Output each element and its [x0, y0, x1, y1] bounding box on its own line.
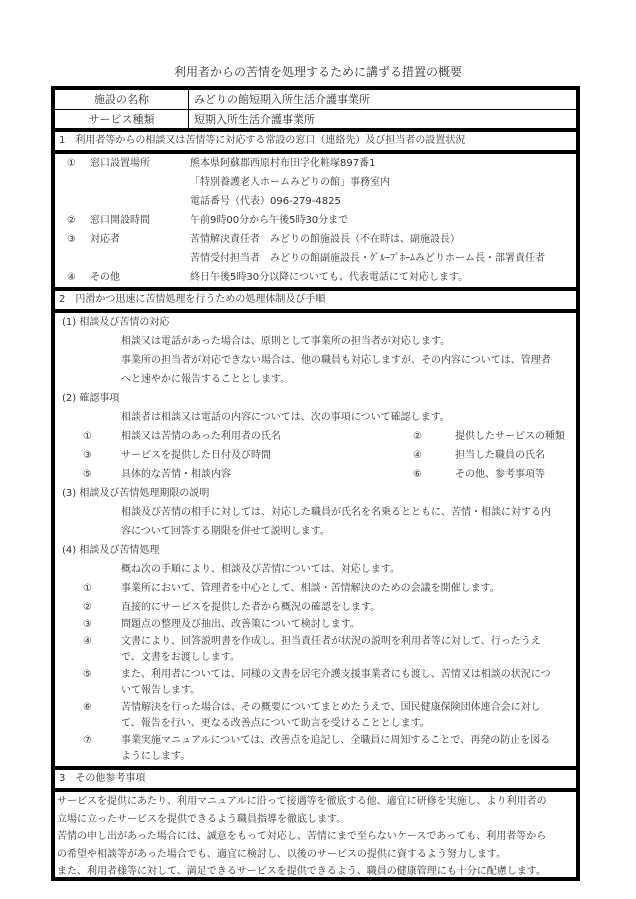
check-item: 具体的な苦情・相談内容 — [121, 465, 231, 484]
item-number: ④ — [83, 634, 92, 651]
phone-text: 電話番号（代表）096-279-4825 — [190, 192, 341, 211]
sub1-line: へと速やかに報告することとします。 — [55, 370, 576, 389]
other-row: ④ その他 終日午後5時30分以降についても、代表電話にて対応します。 — [55, 268, 576, 287]
sub2-title-row: (2) 確認事項 — [55, 389, 576, 408]
facility-name-row: 施設の名称 みどりの館短期入所生活介護事業所 — [55, 90, 576, 109]
step-text: 事業所において、管理者を中心として、相談・苦情解決のための会議を開催します。 — [121, 579, 500, 598]
contact-location-row: ① 窓口設置場所 熊本県阿蘇郡西原村布田字化粧塚897番1 — [55, 154, 576, 173]
item-number: ⑦ — [83, 733, 92, 750]
sub3-line: 相談及び苦情の相手に対しては、対応した職員が氏名を名乗るとともに、苦情・相談に対… — [55, 503, 576, 522]
item-number: ⑥ — [413, 465, 422, 484]
step-text: 事業実施マニュアルについては、改善点を追記し、全職員に周知することで、再発の防止… — [121, 733, 550, 750]
item-label: その他 — [90, 268, 120, 287]
section-3: 3 その他参考事項 サービスを提供にあたり、利用マニュアルに沿って接遇等を徹底す… — [51, 766, 580, 881]
procedure-step-cont: ようにします。 — [55, 749, 576, 766]
step-text: て、報告を行い、更なる改善点について助言を受けることとします。 — [121, 716, 430, 733]
item-number: ② — [413, 427, 422, 446]
check-item: サービスを提供した日付及び時間 — [121, 446, 271, 465]
paragraph-line: 概ね次の手順により、相談及び苦情については、対応します。 — [121, 560, 400, 579]
contact-location-row-2: 「特別養護老人ホームみどりの館」事務室内 — [55, 173, 576, 192]
item-label: 窓口開設時間 — [90, 211, 150, 230]
sub1-title: (1) 相談及び苦情の対応 — [62, 313, 169, 332]
item-label: 対応者 — [90, 230, 120, 249]
paragraph-line: の希望や相談等があった場合でも、適宜に検討し、以後のサービスの提供に資するよう努… — [57, 846, 574, 864]
paragraph-line: 相談及び苦情の相手に対しては、対応した職員が氏名を名乗るとともに、苦情・相談に対… — [121, 503, 551, 522]
item-label: 窓口設置場所 — [90, 154, 150, 173]
paragraph-line: また、利用者様等に対して、満足できるサービスを提供できるよう、職員の健康管理にも… — [57, 863, 574, 881]
service-type-value: 短期入所生活介護事業所 — [189, 110, 576, 129]
paragraph-line: 苦情の申し出があった場合には、誠意をもって対応し、苦情にまで至らないケースであっ… — [57, 828, 574, 846]
item-number: ① — [83, 427, 92, 446]
procedure-step: ②直接的にサービスを提供した者から概況の確認をします。 — [55, 598, 576, 617]
paragraph-line: サービスを提供にあたり、利用マニュアルに沿って接遇等を徹底する他、適宜に研修を実… — [57, 793, 574, 811]
sub1-line: 事業所の担当者が対応できない場合は、他の職員も対応しますが、その内容については、… — [55, 351, 576, 370]
receiver-text: 苦情受付担当者 みどりの館副施設長・ｸﾞﾙｰﾌﾟﾎｰﾑみどりホーム長・部署責任者 — [190, 249, 545, 268]
section-1: 1 利用者等からの相談又は苦情等に対応する常設の窓口（連絡先）及び担当者の設置状… — [51, 128, 580, 294]
step-text: いて報告します。 — [121, 683, 200, 700]
item-number: ⑤ — [83, 667, 92, 684]
paragraph-line: 事業所の担当者が対応できない場合は、他の職員も対応しますが、その内容については、… — [121, 351, 551, 370]
hours-text: 午前9時00分から午後5時30分まで — [190, 211, 348, 230]
document-title: 利用者からの苦情を処理するために講ずる措置の概要 — [0, 63, 636, 80]
sub1-line: 相談又は電話があった場合は、原則として事業所の担当者が対応します。 — [55, 332, 576, 351]
step-text: ようにします。 — [121, 749, 190, 766]
facility-name-value: みどりの館短期入所生活介護事業所 — [189, 90, 576, 109]
facility-name-label: 施設の名称 — [55, 90, 189, 109]
responder-text: 苦情解決責任者 みどりの館施設長（不在時は、副施設長） — [190, 230, 460, 249]
sub3-title: (3) 相談及び苦情処理期限の説明 — [62, 484, 209, 503]
facility-info-table: 施設の名称 みどりの館短期入所生活介護事業所 サービス種類 短期入所生活介護事業… — [51, 86, 580, 133]
section-1-heading: 1 利用者等からの相談又は苦情等に対応する常設の窓口（連絡先）及び担当者の設置状… — [55, 132, 576, 154]
contact-location-row-3: 電話番号（代表）096-279-4825 — [55, 192, 576, 211]
sub4-title-row: (4) 相談及び苦情処理 — [55, 541, 576, 560]
item-number: ③ — [83, 446, 92, 465]
step-text: また、利用者については、同様の文書を居宅介護支援事業者にも渡し、苦情又は相談の状… — [121, 667, 551, 684]
service-type-row: サービス種類 短期入所生活介護事業所 — [55, 109, 576, 129]
item-number: ② — [83, 598, 92, 617]
item-number: ③ — [83, 617, 92, 634]
procedure-step: ①事業所において、管理者を中心として、相談・苦情解決のための会議を開催します。 — [55, 579, 576, 598]
sub2-intro-row: 相談者は相談又は電話の内容については、次の事項について確認します。 — [55, 408, 576, 427]
section-3-body: サービスを提供にあたり、利用マニュアルに沿って接遇等を徹底する他、適宜に研修を実… — [55, 792, 576, 881]
item-number: ⑥ — [83, 700, 92, 717]
item-number: ② — [67, 211, 76, 230]
step-text: 文書により、回答説明書を作成し、担当責任者が状況の説明を利用者等に対して、行った… — [121, 634, 541, 651]
paragraph-line: 相談者は相談又は電話の内容については、次の事項について確認します。 — [121, 408, 450, 427]
section-2: 2 円滑かつ迅速に苦情処理を行うための処理体制及び手順 (1) 相談及び苦情の対… — [51, 287, 580, 773]
sub2-title: (2) 確認事項 — [62, 389, 119, 408]
procedure-step: ④文書により、回答説明書を作成し、担当責任者が状況の説明を利用者等に対して、行っ… — [55, 634, 576, 651]
check-item-row: ① 相談又は苦情のあった利用者の氏名 ② 提供したサービスの種類 — [55, 427, 576, 446]
check-item: 提供したサービスの種類 — [455, 427, 565, 446]
sub3-title-row: (3) 相談及び苦情処理期限の説明 — [55, 484, 576, 503]
check-item-row: ⑤ 具体的な苦情・相談内容 ⑥ その他、参考事項等 — [55, 465, 576, 484]
section-2-heading: 2 円滑かつ迅速に苦情処理を行うための処理体制及び手順 — [55, 291, 576, 313]
step-text: 問題点の整理及び抽出、改善策について検討します。 — [121, 617, 360, 634]
check-item: 相談又は苦情のあった利用者の氏名 — [121, 427, 281, 446]
step-text: 苦情解決を行った場合は、その概要についてまとめたうえで、国民健康保険団体連合会に… — [121, 700, 541, 717]
check-item: 担当した職員の氏名 — [455, 446, 545, 465]
check-item-row: ③ サービスを提供した日付及び時間 ④ 担当した職員の氏名 — [55, 446, 576, 465]
item-number: ④ — [67, 268, 76, 287]
item-number: ⑤ — [83, 465, 92, 484]
other-text: 終日午後5時30分以降についても、代表電話にて対応します。 — [190, 268, 468, 287]
address-text: 熊本県阿蘇郡西原村布田字化粧塚897番1 — [190, 154, 375, 173]
sub3-line: 容について回答する期限を併せて説明します。 — [55, 522, 576, 541]
step-text: 直接的にサービスを提供した者から概況の確認をします。 — [121, 598, 380, 617]
check-item: その他、参考事項等 — [455, 465, 545, 484]
sub1-title-row: (1) 相談及び苦情の対応 — [55, 313, 576, 332]
responder-row-2: 苦情受付担当者 みどりの館副施設長・ｸﾞﾙｰﾌﾟﾎｰﾑみどりホーム長・部署責任者 — [55, 249, 576, 268]
office-hours-row: ② 窓口開設時間 午前9時00分から午後5時30分まで — [55, 211, 576, 230]
service-type-label: サービス種類 — [55, 110, 189, 129]
paragraph-line: 立場に立ったサービスを提供できるよう職員指導を徹底します。 — [57, 811, 574, 829]
item-number: ④ — [413, 446, 422, 465]
paragraph-line: へと速やかに報告することとします。 — [121, 370, 290, 389]
item-number: ③ — [67, 230, 76, 249]
office-text: 「特別養護老人ホームみどりの館」事務室内 — [190, 173, 390, 192]
step-text: で、文書をお渡しします。 — [121, 650, 240, 667]
sub4-title: (4) 相談及び苦情処理 — [62, 541, 159, 560]
procedure-step-cont: て、報告を行い、更なる改善点について助言を受けることとします。 — [55, 716, 576, 733]
section-3-heading: 3 その他参考事項 — [55, 770, 576, 792]
procedure-step-cont: いて報告します。 — [55, 683, 576, 700]
procedure-step: ⑦事業実施マニュアルについては、改善点を追記し、全職員に周知することで、再発の防… — [55, 733, 576, 750]
procedure-step: ③問題点の整理及び抽出、改善策について検討します。 — [55, 617, 576, 634]
procedure-step-cont: で、文書をお渡しします。 — [55, 650, 576, 667]
responder-row: ③ 対応者 苦情解決責任者 みどりの館施設長（不在時は、副施設長） — [55, 230, 576, 249]
sub4-intro-row: 概ね次の手順により、相談及び苦情については、対応します。 — [55, 560, 576, 579]
item-number: ① — [83, 579, 92, 598]
paragraph-line: 容について回答する期限を併せて説明します。 — [121, 522, 330, 541]
item-number: ① — [67, 154, 76, 173]
paragraph-line: 相談又は電話があった場合は、原則として事業所の担当者が対応します。 — [121, 332, 450, 351]
procedure-step: ⑤また、利用者については、同様の文書を居宅介護支援事業者にも渡し、苦情又は相談の… — [55, 667, 576, 684]
procedure-step: ⑥苦情解決を行った場合は、その概要についてまとめたうえで、国民健康保険団体連合会… — [55, 700, 576, 717]
